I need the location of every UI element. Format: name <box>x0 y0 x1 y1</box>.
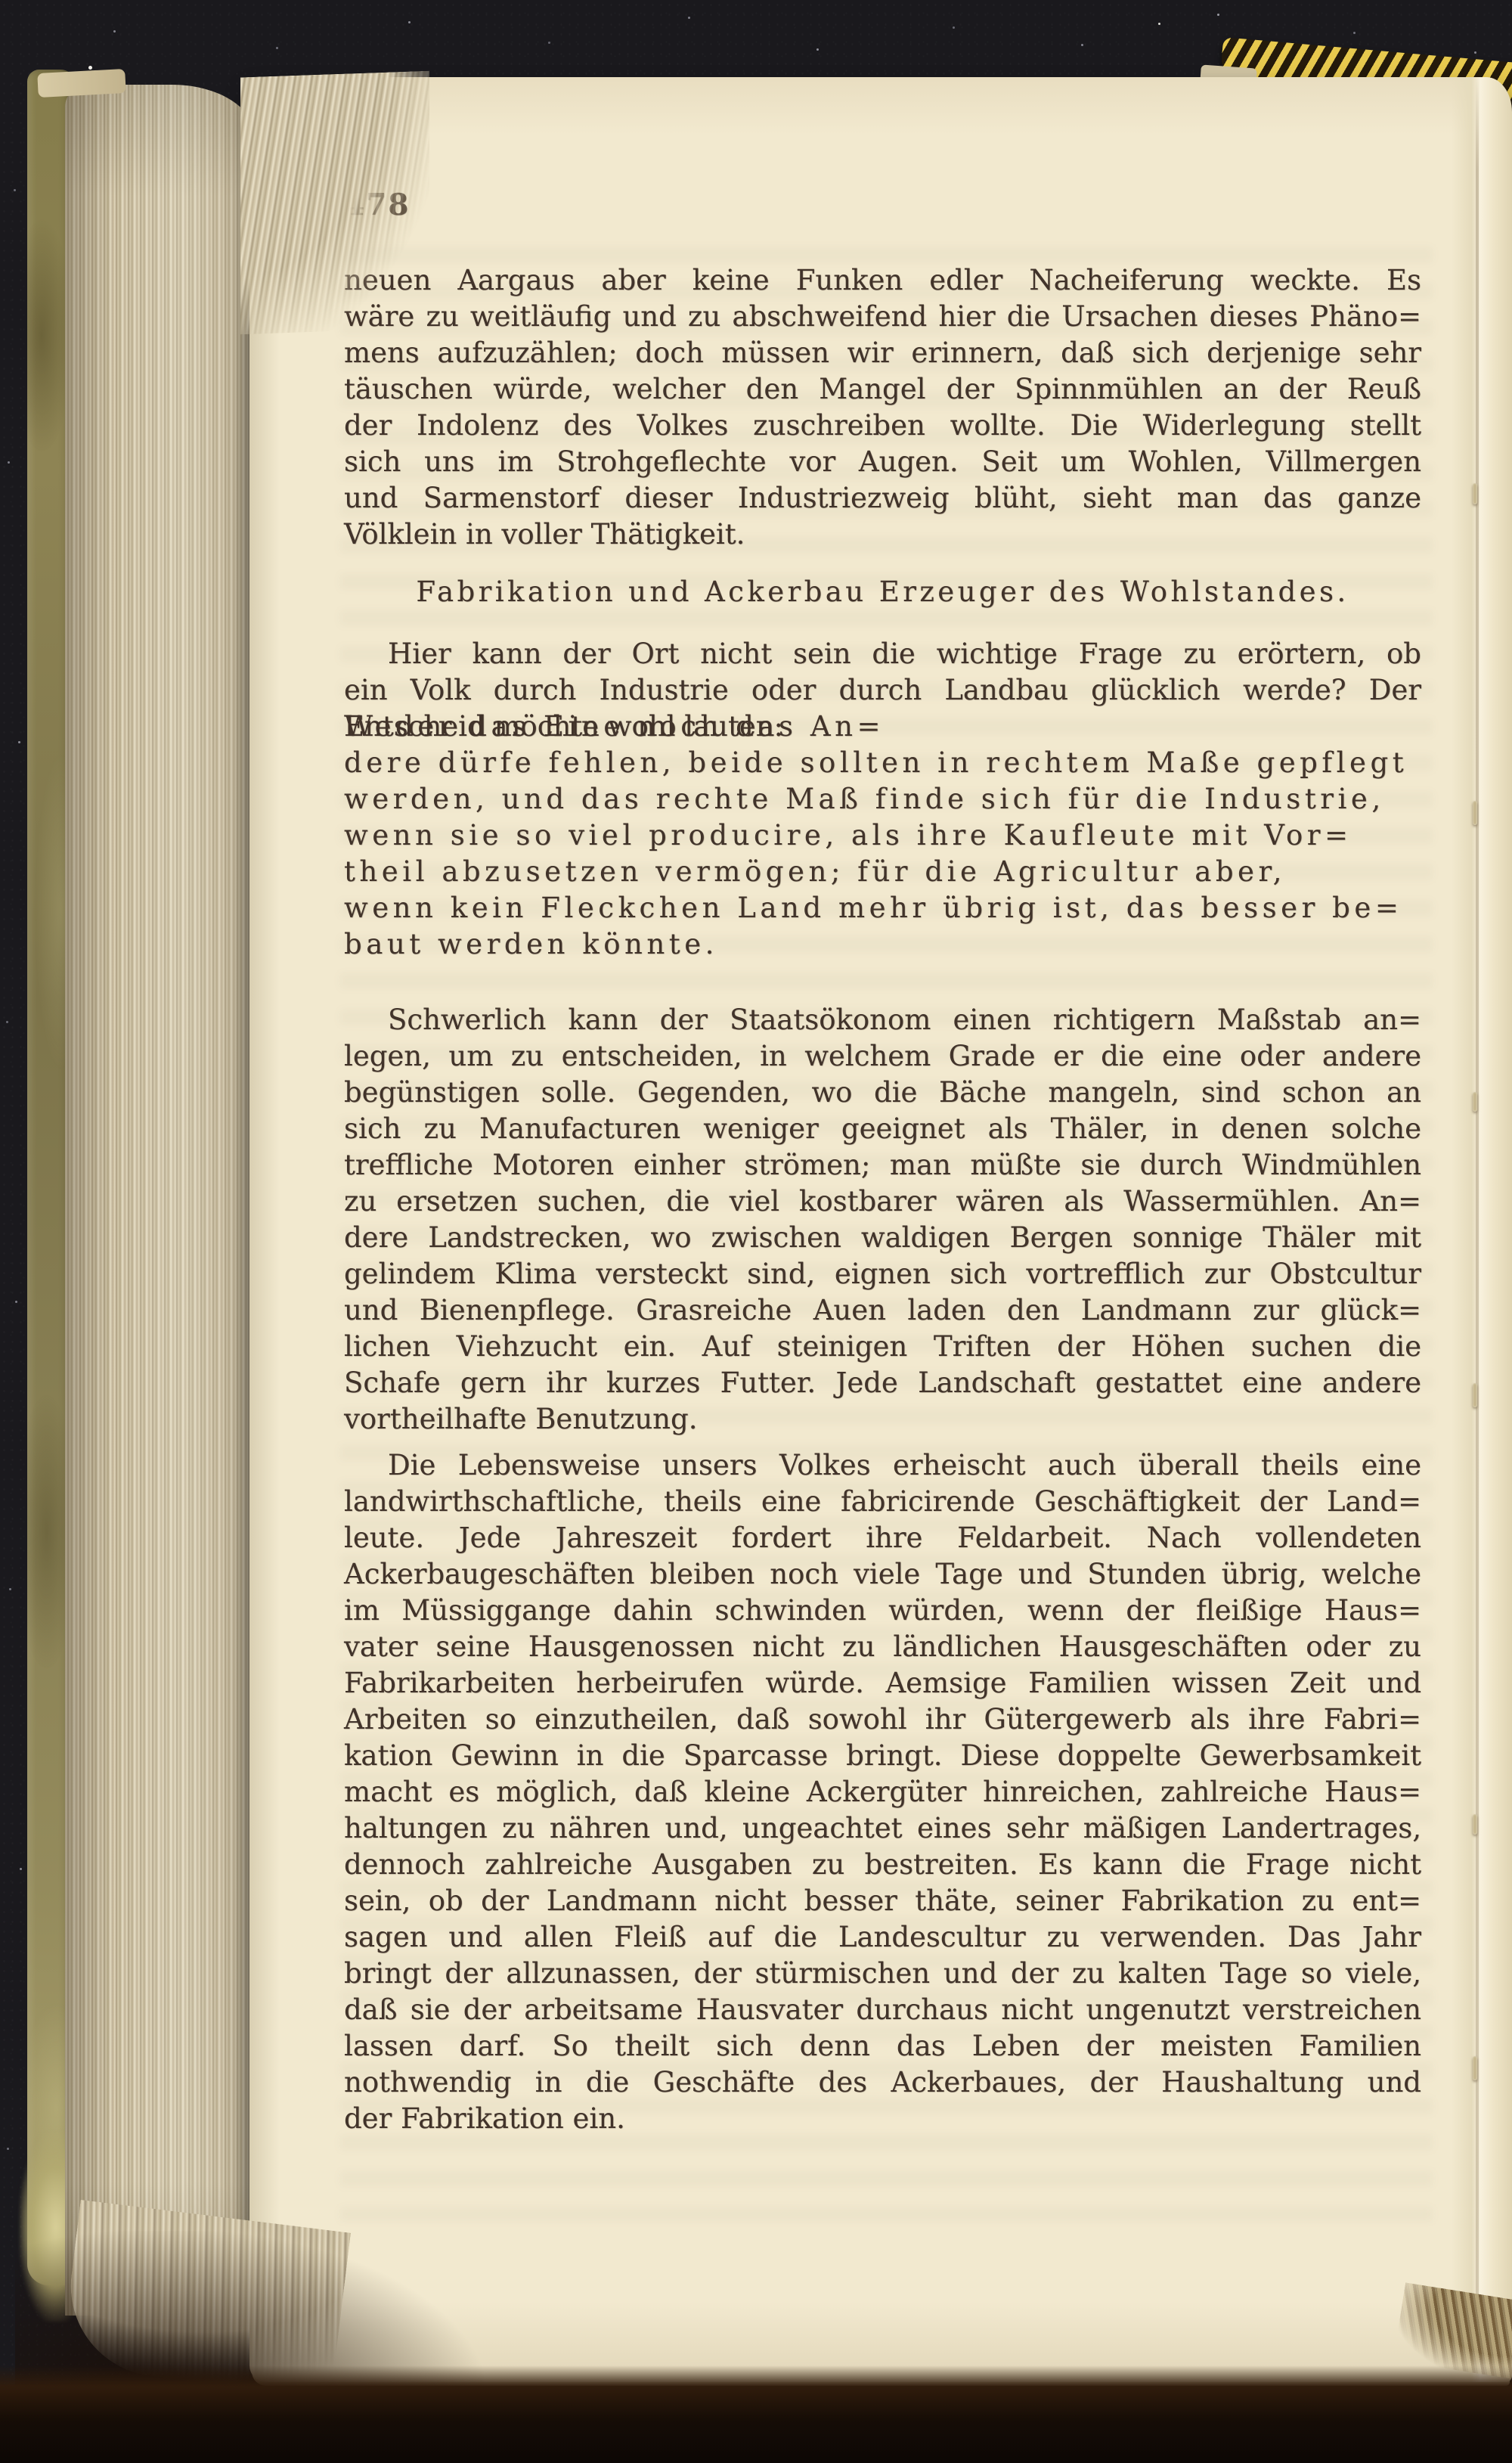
page-stack-shading <box>65 85 256 2316</box>
dust-speckles <box>0 0 2 2</box>
binding-stitch <box>1473 1092 1477 1112</box>
text-line: werden, und das rechte Maß finde sich fü… <box>344 781 1421 817</box>
paragraph: Schwerlich kann der Staatsökonom einen r… <box>344 1002 1421 1438</box>
binding-stitch <box>1473 483 1477 504</box>
text-line: leute. Jede Jahreszeit fordert ihre Feld… <box>344 1520 1421 1556</box>
text-line: dere dürfe fehlen, beide sollten in rech… <box>344 745 1421 781</box>
text-line: wenn kein Fleckchen Land mehr übrig ist,… <box>344 890 1421 926</box>
text-line: haltungen zu nähren und, ungeachtet eine… <box>344 1810 1421 1847</box>
book-page: 478 neuen Aargaus aber keine Funken edle… <box>249 77 1512 2382</box>
text-line: theil abzusetzen vermögen; für die Agric… <box>344 854 1421 890</box>
text-line: Ackerbaugeschäften bleiben noch viele Ta… <box>344 1556 1421 1593</box>
text-line: Arbeiten so einzutheilen, daß sowohl ihr… <box>344 1701 1421 1738</box>
text-line: täuschen würde, welcher den Mangel der S… <box>344 371 1421 408</box>
bottom-shadow-band <box>0 2365 1512 2463</box>
text-line: dennoch zahlreiche Ausgaben zu bestreite… <box>344 1847 1421 1883</box>
text-line: treffliche Motoren einher strömen; man m… <box>344 1147 1421 1183</box>
text-line: und Bienenpflege. Grasreiche Auen laden … <box>344 1292 1421 1329</box>
text-line: landwirthschaftliche, theils eine fabric… <box>344 1484 1421 1520</box>
text-line: lichen Viehzucht ein. Auf steinigen Trif… <box>344 1329 1421 1365</box>
text-line: mens aufzuzählen; doch müssen wir erinne… <box>344 335 1421 371</box>
text-line: wäre zu weitläufig und zu abschweifend h… <box>344 299 1421 335</box>
text-line: neuen Aargaus aber keine Funken edler Na… <box>344 262 1421 299</box>
text-line: ein Volk durch Industrie oder durch Land… <box>344 672 1421 709</box>
text-line: begünstigen solle. Gegenden, wo die Bäch… <box>344 1075 1421 1111</box>
text-block: neuen Aargaus aber keine Funken edler Na… <box>344 262 1421 2137</box>
binding-stitch <box>1473 1814 1477 1835</box>
text-line: und Sarmenstorf dieser Industriezweig bl… <box>344 480 1421 516</box>
text-line: sich zu Manufacturen weniger geeignet al… <box>344 1111 1421 1147</box>
text-line: baut werden könnte. <box>344 926 1421 963</box>
text-line: macht es möglich, daß kleine Ackergüter … <box>344 1774 1421 1810</box>
text-line: Völklein in voller Thätigkeit. <box>344 516 1421 553</box>
text-line: bringt der allzunassen, der stürmischen … <box>344 1956 1421 1992</box>
scanned-book-photo: 478 neuen Aargaus aber keine Funken edle… <box>0 0 1512 2463</box>
paragraph: Hier kann der Ort nicht sein die wichtig… <box>344 636 1421 963</box>
text-line: sein, ob der Landmann nicht besser thäte… <box>344 1883 1421 1919</box>
text-line: im Müssiggange dahin schwinden würden, w… <box>344 1593 1421 1629</box>
text-line: der Indolenz des Volkes zuschreiben woll… <box>344 408 1421 444</box>
text-line: Schwerlich kann der Staatsökonom einen r… <box>344 1002 1421 1038</box>
text-line: Hier kann der Ort nicht sein die wichtig… <box>344 636 1421 672</box>
text-line: Schafe gern ihr kurzes Futter. Jede Land… <box>344 1365 1421 1401</box>
text-line: vater seine Hausgenossen nicht zu ländli… <box>344 1629 1421 1665</box>
text-line: sagen und allen Fleiß auf die Landescult… <box>344 1919 1421 1956</box>
text-line: nothwendig in die Geschäfte des Ackerbau… <box>344 2064 1421 2101</box>
binding-stitch <box>1473 801 1477 825</box>
text-line: gelindem Klima versteckt sind, eignen si… <box>344 1256 1421 1292</box>
text-line: dere Landstrecken, wo zwischen waldigen … <box>344 1220 1421 1256</box>
paragraph: Die Lebensweise unsers Volkes erheischt … <box>344 1447 1421 2137</box>
text-line: lassen darf. So theilt sich denn das Leb… <box>344 2028 1421 2064</box>
text-line: Entscheid möchte wohl lauten: Weder das … <box>344 709 1421 745</box>
paragraph: neuen Aargaus aber keine Funken edler Na… <box>344 262 1421 553</box>
text-line: wenn sie so viel producire, als ihre Kau… <box>344 817 1421 854</box>
text-line: daß sie der arbeitsame Hausvater durchau… <box>344 1992 1421 2028</box>
text-line: vortheilhafte Benutzung. <box>344 1401 1421 1438</box>
page-edge-chip-left <box>37 69 126 98</box>
gutter-crease <box>1476 77 1479 2382</box>
binding-stitch <box>1473 2056 1477 2080</box>
text-line: kation Gewinn in die Sparcasse bringt. D… <box>344 1738 1421 1774</box>
text-line: Die Lebensweise unsers Volkes erheischt … <box>344 1447 1421 1484</box>
section-heading: Fabrikation und Ackerbau Erzeuger des Wo… <box>344 574 1421 610</box>
text-line: sich uns im Strohgeflechte vor Augen. Se… <box>344 444 1421 480</box>
binding-stitch <box>1473 1383 1477 1407</box>
text-line: legen, um zu entscheiden, in welchem Gra… <box>344 1038 1421 1075</box>
text-line: Fabrikarbeiten herbeirufen würde. Aemsig… <box>344 1665 1421 1701</box>
page-stack-top-curve <box>240 71 429 335</box>
text-line: der Fabrikation ein. <box>344 2101 1421 2137</box>
text-line: zu ersetzen suchen, die viel kostbarer w… <box>344 1183 1421 1220</box>
